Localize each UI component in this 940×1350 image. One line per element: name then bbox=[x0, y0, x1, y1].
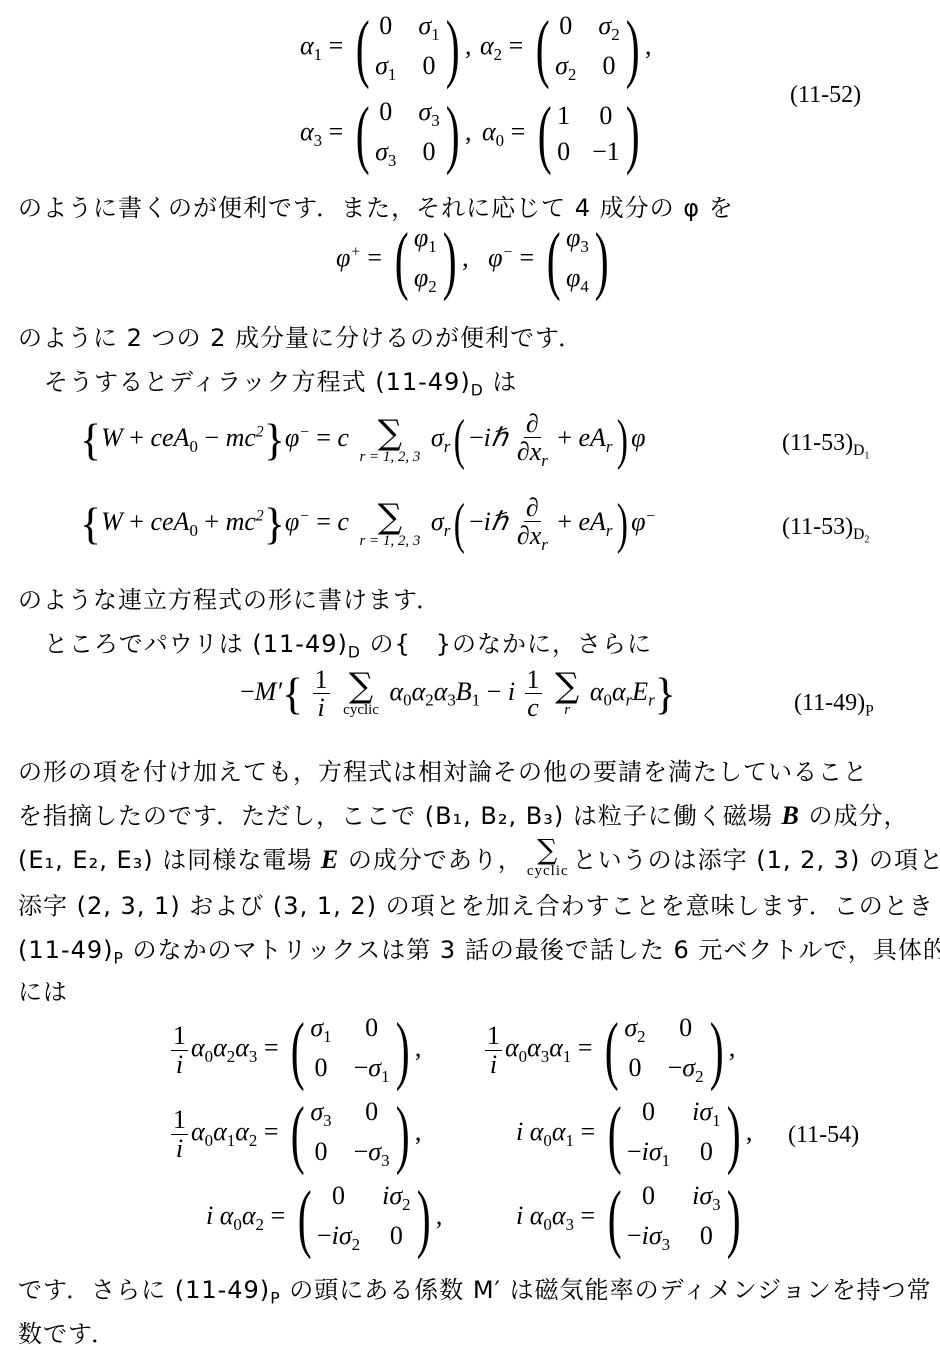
subscript: P bbox=[270, 1289, 280, 1307]
equation-number-11-53-d2: (11-53)D2 bbox=[782, 514, 869, 546]
sum-limit: r = 1, 2, 3 bbox=[359, 450, 420, 465]
paragraph-line: (11-49)P のなかのマトリックスは第 3 話の最後で話した 6 元ベクトル… bbox=[18, 930, 940, 967]
paragraph-line: のように書くのが便利です．また，それに応じて 4 成分の φ を bbox=[18, 188, 734, 223]
equation-number-11-52: (11-52) bbox=[790, 82, 861, 109]
text-segment: そうするとディラック方程式 (11-49) bbox=[44, 368, 471, 396]
equation-alpha0: α0 = (100−1) bbox=[482, 96, 645, 172]
text-segment: (E₁, E₂, E₃) は同様な電場 bbox=[18, 846, 321, 874]
equation-11-54-row1b: 1iα0α3α1 = (σ200−σ2), bbox=[482, 1012, 735, 1088]
equation-11-53-d1: {W + ceA0 − mc2}φ− = c ∑r = 1, 2, 3 σr(−… bbox=[80, 408, 646, 472]
eq-number: (11-53) bbox=[782, 430, 853, 456]
text-segment: の成分であり， bbox=[339, 846, 523, 874]
equation-11-54-row2b: i α0α1 = (0iσ1−iσ10), bbox=[516, 1096, 752, 1172]
sum-limit: r = 1, 2, 3 bbox=[359, 534, 420, 549]
equation-11-54-row2: 1iα0α1α2 = (σ300−σ3), bbox=[168, 1096, 421, 1172]
equation-alpha3: α3 = (0σ3σ30), bbox=[300, 96, 471, 172]
paragraph-line: です．さらに (11-49)P の頭にある係数 M′ は磁気能率のディメンジョン… bbox=[18, 1270, 932, 1307]
equation-11-54-row1: 1iα0α2α3 = (σ100−σ1), bbox=[168, 1012, 421, 1088]
sum-limit: cyclic bbox=[343, 703, 379, 718]
equation-number-11-54: (11-54) bbox=[788, 1122, 859, 1149]
paragraph-line: を指摘したのです．ただし，ここで (B₁, B₂, B₃) は粒子に働く磁場 B… bbox=[18, 796, 908, 831]
equation-11-49-p: −M′{ 1i ∑cyclic α0α2α3B1 − i 1c ∑r α0αrE… bbox=[240, 666, 676, 722]
text-segment: のなかのマトリックスは第 3 話の最後で話した 6 元ベクトルで，具体的 bbox=[124, 936, 940, 964]
text-segment: は bbox=[484, 368, 518, 396]
bold-vector: B bbox=[781, 801, 799, 830]
subscript: P bbox=[865, 702, 874, 719]
equation-11-53-d2: {W + ceA0 + mc2}φ− = c ∑r = 1, 2, 3 σr(−… bbox=[80, 492, 656, 556]
paragraph-line: (E₁, E₂, E₃) は同様な電場 E の成分であり，∑cyclicというの… bbox=[18, 840, 940, 879]
text-segment: というのは添字 (1, 2, 3) の項と bbox=[573, 846, 940, 874]
equation-number-11-49-p: (11-49)P bbox=[794, 690, 874, 720]
eq-number: (11-49) bbox=[794, 690, 865, 716]
equation-phi-split: φ+ = (φ1φ2), φ− = (φ3φ4) bbox=[336, 222, 614, 298]
equation-alpha1: α1 = (0σ1σ10), bbox=[300, 10, 471, 86]
paragraph-line: 数です． bbox=[18, 1314, 116, 1349]
text-segment: の成分， bbox=[800, 802, 909, 830]
equation-alpha2: α2 = (0σ2σ20), bbox=[480, 10, 651, 86]
text-segment: を指摘したのです．ただし，ここで (B₁, B₂, B₃) は粒子に働く磁場 bbox=[18, 802, 781, 830]
paragraph-line: 添字 (2, 3, 1) および (3, 1, 2) の項とを加え合わすことを意… bbox=[18, 886, 934, 921]
text-segment: (11-49) bbox=[18, 936, 113, 964]
paragraph-line: ところでパウリは (11-49)D の{ }のなかに，さらに bbox=[44, 624, 652, 661]
subscript: D bbox=[348, 643, 361, 661]
equation-11-54-row3: i α0α2 = (0iσ2−iσ20), bbox=[206, 1180, 442, 1256]
subscript: D bbox=[471, 381, 484, 399]
paragraph-line: そうするとディラック方程式 (11-49)D は bbox=[44, 362, 517, 399]
text-segment: です．さらに (11-49) bbox=[18, 1276, 270, 1304]
sum-limit: r bbox=[564, 703, 570, 718]
equation-number-11-53-d1: (11-53)D1 bbox=[782, 430, 869, 462]
bold-vector: E bbox=[321, 845, 339, 874]
text-segment: の頭にある係数 M′ は磁気能率のディメンジョンを持つ常 bbox=[281, 1276, 932, 1304]
paragraph-line: のような連立方程式の形に書けます． bbox=[18, 580, 441, 615]
text-segment: ところでパウリは (11-49) bbox=[44, 630, 348, 658]
paragraph-line: の形の項を付け加えても，方程式は相対論その他の要請を満たしていること bbox=[18, 752, 868, 787]
text-segment: の{ }のなかに，さらに bbox=[361, 630, 652, 658]
paragraph-line: のように 2 つの 2 成分量に分けるのが便利です． bbox=[18, 318, 583, 353]
paragraph-line: には bbox=[18, 972, 68, 1007]
subscript: P bbox=[113, 949, 123, 967]
equation-11-54-row3b: i α0α3 = (0iσ3−iσ30) bbox=[516, 1180, 746, 1256]
sum-limit: cyclic bbox=[527, 864, 569, 879]
eq-number: (11-53) bbox=[782, 514, 853, 540]
